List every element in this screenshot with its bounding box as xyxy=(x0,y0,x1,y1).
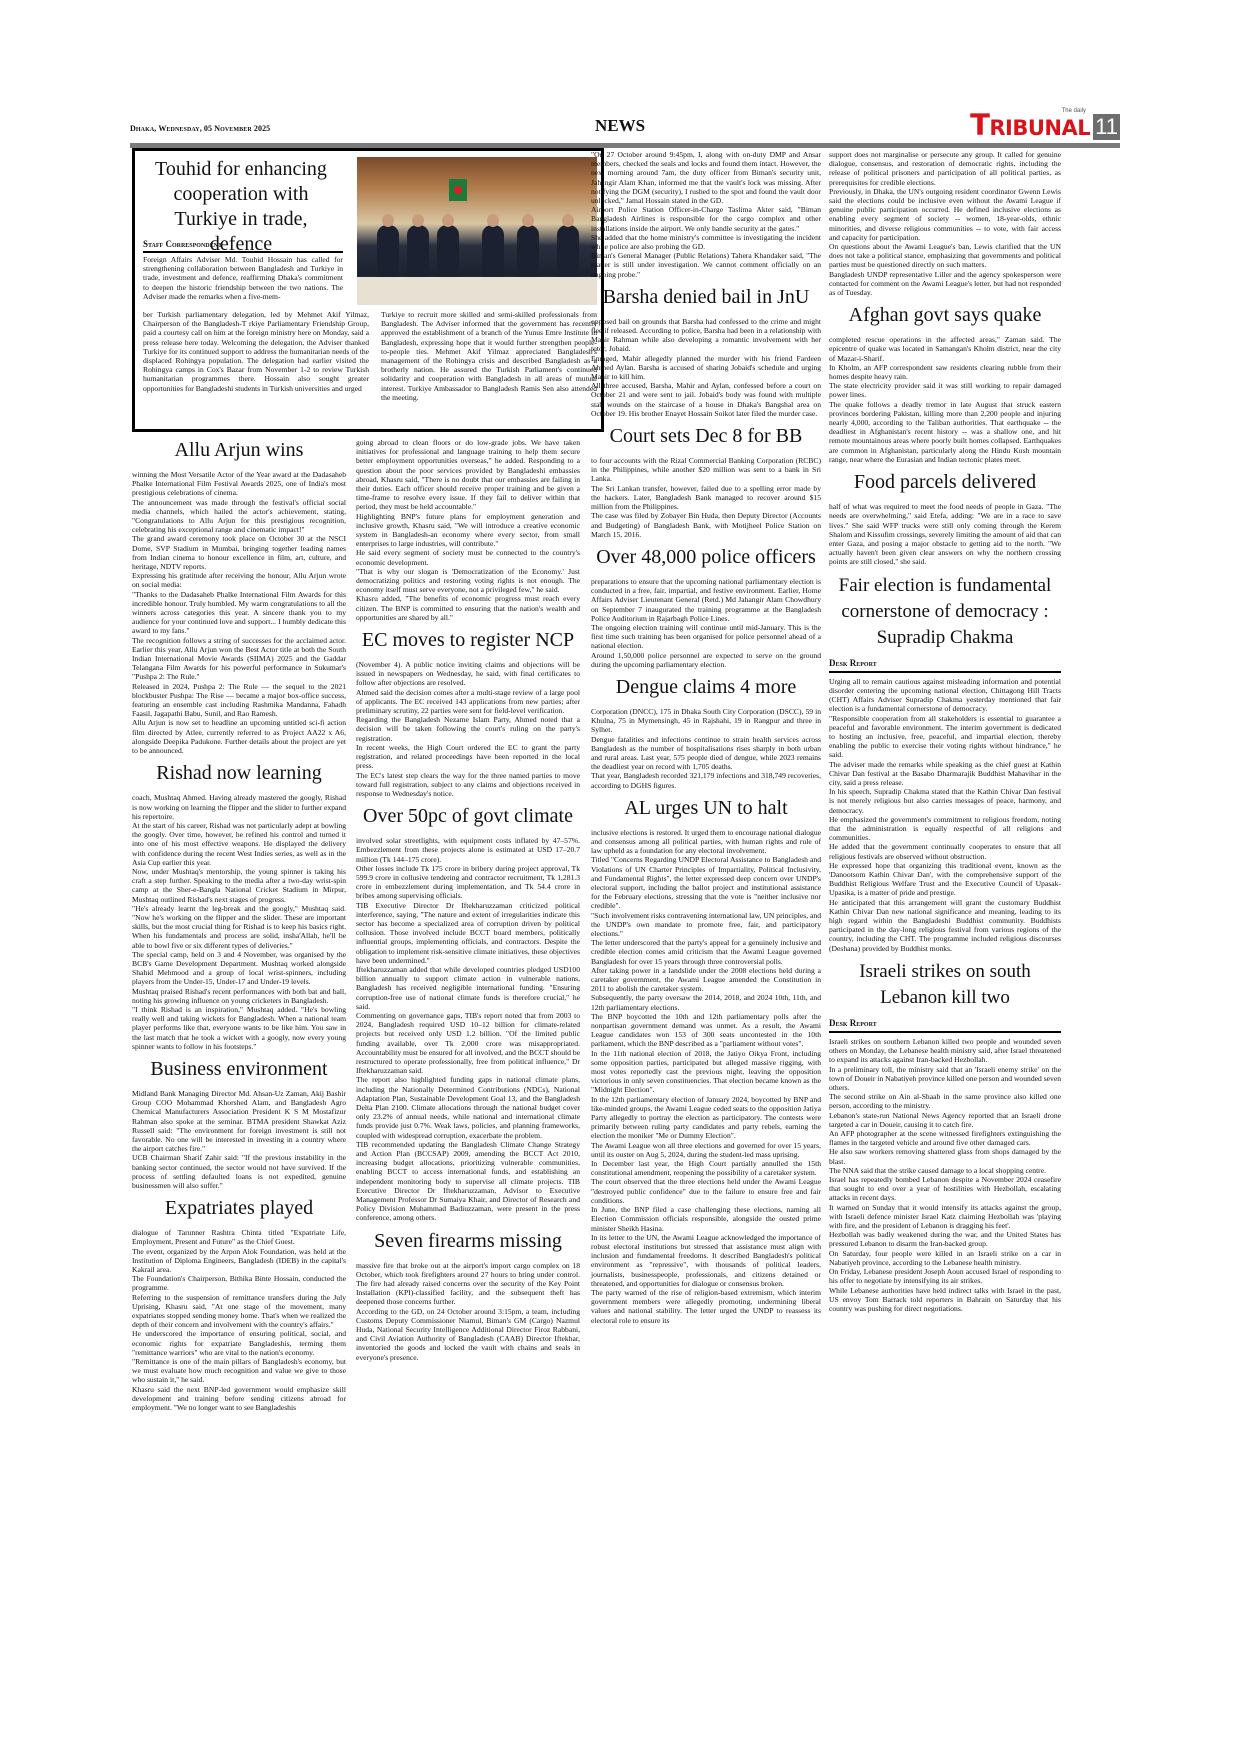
person-head-icon xyxy=(382,214,394,227)
article-body-dengue: Corporation (DNCC), 175 in Dhaka South C… xyxy=(591,707,821,790)
article-headline-climate: Over 50pc of govt climate xyxy=(356,804,580,828)
article-body-fair-election: Urging all to remain cautious against mi… xyxy=(829,677,1061,953)
article-body-afghan: completed rescue operations in the affec… xyxy=(829,335,1061,464)
article-headline-firearms: Seven firearms missing xyxy=(356,1229,580,1253)
masthead: Dhaka, Wednesday, 05 November 2025 NEWS … xyxy=(130,112,1120,142)
byline-israeli: Desk Report xyxy=(829,1019,1061,1033)
photo-meeting-delegation-icon xyxy=(357,157,597,305)
lead-text-part1: Foreign Affairs Adviser Md. Touhid Hossa… xyxy=(143,255,343,301)
article-body-climate: involved solar streetlights, with equipm… xyxy=(356,836,580,1223)
column-3: "On 27 October around 9:45pm, I, along w… xyxy=(591,150,821,1325)
article-headline-dengue: Dengue claims 4 more xyxy=(591,675,821,699)
article-body-firearms: massive fire that broke out at the airpo… xyxy=(356,1261,580,1362)
person-head-icon xyxy=(562,214,574,227)
article-body-rishad: coach, Mushtaq Ahmed. Having already mas… xyxy=(132,793,346,1051)
article-headline-barsha: Barsha denied bail in JnU xyxy=(591,285,821,309)
dateline: Dhaka, Wednesday, 05 November 2025 xyxy=(130,124,270,133)
section-title: NEWS xyxy=(595,116,645,136)
person-figure-icon xyxy=(377,225,399,285)
page-number: 11 xyxy=(1093,114,1120,140)
person-figure-icon xyxy=(482,225,504,285)
person-head-icon xyxy=(412,214,424,227)
lead-text-part3: Turkiye to recruit more skilled and semi… xyxy=(381,310,597,402)
logo-wordmark: TRIBUNAL xyxy=(970,113,1090,140)
article-headline-al-urges: AL urges UN to halt xyxy=(591,796,821,820)
article-body-al-urges-continued: support does not marginalise or persecut… xyxy=(829,150,1061,297)
lead-byline: Staff Correspondent xyxy=(143,239,343,253)
person-figure-icon xyxy=(557,225,579,285)
column-4: support does not marginalise or persecut… xyxy=(829,150,1061,1313)
article-headline-court: Court sets Dec 8 for BB xyxy=(591,424,821,448)
lead-text-part2: ber Turkish parliamentary delegation, le… xyxy=(143,310,369,393)
article-headline-ec-ncp: EC moves to register NCP xyxy=(356,628,580,652)
article-body-allu-arjun: winning the Most Versatile Actor of the … xyxy=(132,470,346,755)
person-head-icon xyxy=(487,214,499,227)
person-figure-icon xyxy=(517,225,539,285)
article-headline-food: Food parcels delivered xyxy=(829,470,1061,494)
bangladesh-flag-icon xyxy=(449,179,467,201)
article-headline-allu-arjun: Allu Arjun wins xyxy=(132,438,346,462)
article-body-court: to four accounts with the Rizal Commerci… xyxy=(591,456,821,539)
article-headline-fair-election: Fair election is fundamental cornerstone… xyxy=(829,573,1061,651)
article-body-food: half of what was required to meet the fo… xyxy=(829,502,1061,566)
newspaper-logo: The daily TRIBUNAL 11 xyxy=(970,112,1120,140)
article-body-police: preparations to ensure that the upcoming… xyxy=(591,577,821,669)
byline-fair-election: Desk Report xyxy=(829,659,1061,673)
article-body-expatriates-continued: going abroad to clean floors or do low-g… xyxy=(356,438,580,622)
article-headline-afghan: Afghan govt says quake xyxy=(829,303,1061,327)
article-headline-expatriates: Expatriates played xyxy=(132,1196,346,1220)
logo-tagline: The daily xyxy=(1062,108,1086,114)
article-headline-rishad: Rishad now learning xyxy=(132,761,346,785)
article-body-israeli: Israeli strikes on southern Lebanon kill… xyxy=(829,1037,1061,1313)
article-headline-police: Over 48,000 police officers xyxy=(591,545,821,569)
sofa-icon xyxy=(357,277,597,305)
article-body-ec-ncp: (November 4). A public notice inviting c… xyxy=(356,660,580,798)
column-2: going abroad to clean floors or do low-g… xyxy=(356,438,580,1362)
article-body-business: Midland Bank Managing Director Md. Ahsan… xyxy=(132,1089,346,1190)
person-figure-icon xyxy=(437,225,459,285)
article-body-firearms-continued: "On 27 October around 9:45pm, I, along w… xyxy=(591,150,821,279)
person-head-icon xyxy=(442,214,454,227)
column-1: Allu Arjun wins winning the Most Versati… xyxy=(132,438,346,1412)
lead-story-box: Touhid for enhancing cooperation with Tu… xyxy=(132,148,604,432)
person-head-icon xyxy=(522,214,534,227)
article-body-barsha: opposed bail on grounds that Barsha had … xyxy=(591,317,821,418)
person-figure-icon xyxy=(407,225,429,285)
article-headline-business: Business environment xyxy=(132,1057,346,1081)
article-body-al-urges: inclusive elections is restored. It urge… xyxy=(591,828,821,1325)
article-body-expatriates: dialogue of Tarunner Rashtra Chinta titl… xyxy=(132,1228,346,1412)
article-headline-israeli: Israeli strikes on south Lebanon kill tw… xyxy=(829,959,1061,1011)
